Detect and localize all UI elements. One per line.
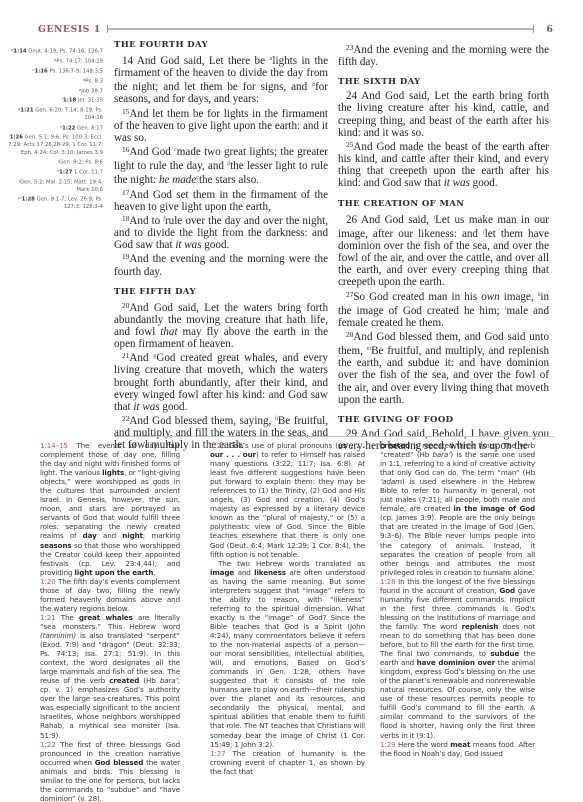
note-reference[interactable]: 1:28 — [380, 577, 396, 586]
note-reference[interactable]: 1:27 — [210, 749, 226, 758]
commentary-divider — [114, 436, 554, 437]
note-reference[interactable]: 1:26 — [210, 441, 226, 450]
commentary-note-1-28: 1:28 In this the longest of the five ble… — [380, 577, 535, 740]
note-reference[interactable]: 1:22 — [40, 740, 56, 749]
commentary-column-3: created is repeated three times. The ver… — [380, 441, 535, 758]
cross-reference[interactable]: bPs. 74:17; 104:19 — [8, 56, 103, 66]
page-number: 6 — [546, 24, 553, 35]
verse-15: 15And let them be for lights in the firm… — [114, 106, 328, 144]
cross-reference[interactable]: dPs. 8:3 — [8, 76, 103, 86]
commentary-note-1-29: 1:29 Here the word meat means food. Afte… — [380, 740, 535, 758]
cross-reference[interactable]: h1:22 Gen. 8:17 — [8, 123, 103, 133]
cross-reference[interactable]: lGen. 5:2; Mal. 2:15; Matt. 19:4; Mark 1… — [8, 177, 103, 194]
scripture-column-right: 23And the evening and the morning were t… — [338, 40, 549, 452]
commentary-column-1: 1:14–15 The events of day four complemen… — [40, 441, 180, 802]
cross-reference[interactable]: jGen. 9:2; Ps. 8:6 — [8, 157, 103, 167]
header-rule — [107, 28, 535, 30]
cross-reference[interactable]: k1:27 1 Cor. 11:7 — [8, 167, 103, 177]
scripture-column-left: THE FOURTH DAY 14 And God said, Let ther… — [114, 40, 328, 452]
note-reference[interactable]: 1:14–15 — [40, 441, 68, 450]
commentary-note-1-14-15: 1:14–15 The events of day four complemen… — [40, 441, 180, 577]
verse-27: 27So God created man in his own image, k… — [338, 289, 549, 329]
verse-28: 28And God blessed them, and God said unt… — [338, 329, 549, 406]
commentary-note-1-20: 1:20 The fifth day’s events complement t… — [40, 577, 180, 613]
verse-21: 21And gGod created great whales, and eve… — [114, 350, 328, 413]
commentary-column-2: 1:26 God’s use of plural pronouns (us . … — [210, 441, 365, 776]
section-heading: THE SIXTH DAY — [338, 77, 549, 88]
cross-reference[interactable]: f1:18 Jer. 31:35 — [8, 95, 103, 105]
cross-reference[interactable]: eJob 38:7 — [8, 86, 103, 96]
cross-reference[interactable]: a1:14 Deut. 4:19; Ps. 74:16; 136:7 — [8, 46, 103, 56]
verse-14: 14 And God said, Let there be alights in… — [114, 53, 328, 106]
running-header: GENESIS 1 6 — [38, 22, 553, 36]
section-heading: THE CREATION OF MAN — [338, 199, 549, 210]
verse-16: 16And God cmade two great lights; the gr… — [114, 144, 328, 186]
cross-reference[interactable]: m1:28 Gen. 9:1-7; Lev. 26:9; Ps. 127:3; … — [8, 194, 103, 211]
commentary-note-1-21: 1:21 The great whales are literally “sea… — [40, 613, 180, 740]
commentary-note-1-27: 1:27 The creation of humanity is the cro… — [210, 749, 365, 776]
cross-reference[interactable]: i1:26 Gen. 5:1; 9:6; Ps. 100:3; Eccl. 7:… — [8, 132, 103, 156]
cross-reference-column: a1:14 Deut. 4:19; Ps. 74:16; 136:7 bPs. … — [8, 46, 103, 211]
note-reference[interactable]: 1:20 — [40, 577, 56, 586]
verse-25: 25And God made the beast of the earth af… — [338, 139, 549, 190]
section-heading: THE GIVING OF FOOD — [338, 415, 549, 426]
verse-19: 19And the evening and the morning were t… — [114, 251, 328, 277]
commentary-note-1-22: 1:22 The first of three blessings God pr… — [40, 740, 180, 802]
verse-23: 23And the evening and the morning were t… — [338, 42, 549, 68]
commentary-note-1-26: 1:26 God’s use of plural pronouns (us . … — [210, 441, 365, 559]
cross-reference[interactable]: c1:16 Ps. 136:7-9; 148:3,5 — [8, 66, 103, 76]
note-reference[interactable]: 1:21 — [40, 613, 56, 622]
commentary-note-1-26-continued: The two Hebrew words translated as image… — [210, 559, 365, 749]
section-heading: THE FOURTH DAY — [114, 40, 328, 51]
verse-18: 18And to frule over the day and over the… — [114, 213, 328, 251]
verse-26: 26 And God said, iLet us make man in our… — [338, 212, 549, 289]
note-reference[interactable]: 1:29 — [380, 740, 396, 749]
verse-17: 17And God set them in the firmament of t… — [114, 187, 328, 213]
section-heading: THE FIFTH DAY — [114, 287, 328, 298]
verse-24: 24 And God said, Let the earth bring for… — [338, 90, 549, 139]
book-chapter-title: GENESIS 1 — [38, 24, 101, 35]
cross-reference[interactable]: g1:21 Gen. 6:20; 7:14; 8:19; Ps. 104:26 — [8, 105, 103, 122]
commentary-note-1-27-continued: created is repeated three times. The ver… — [380, 441, 535, 577]
verse-20: 20And God said, Let the waters bring for… — [114, 300, 328, 351]
